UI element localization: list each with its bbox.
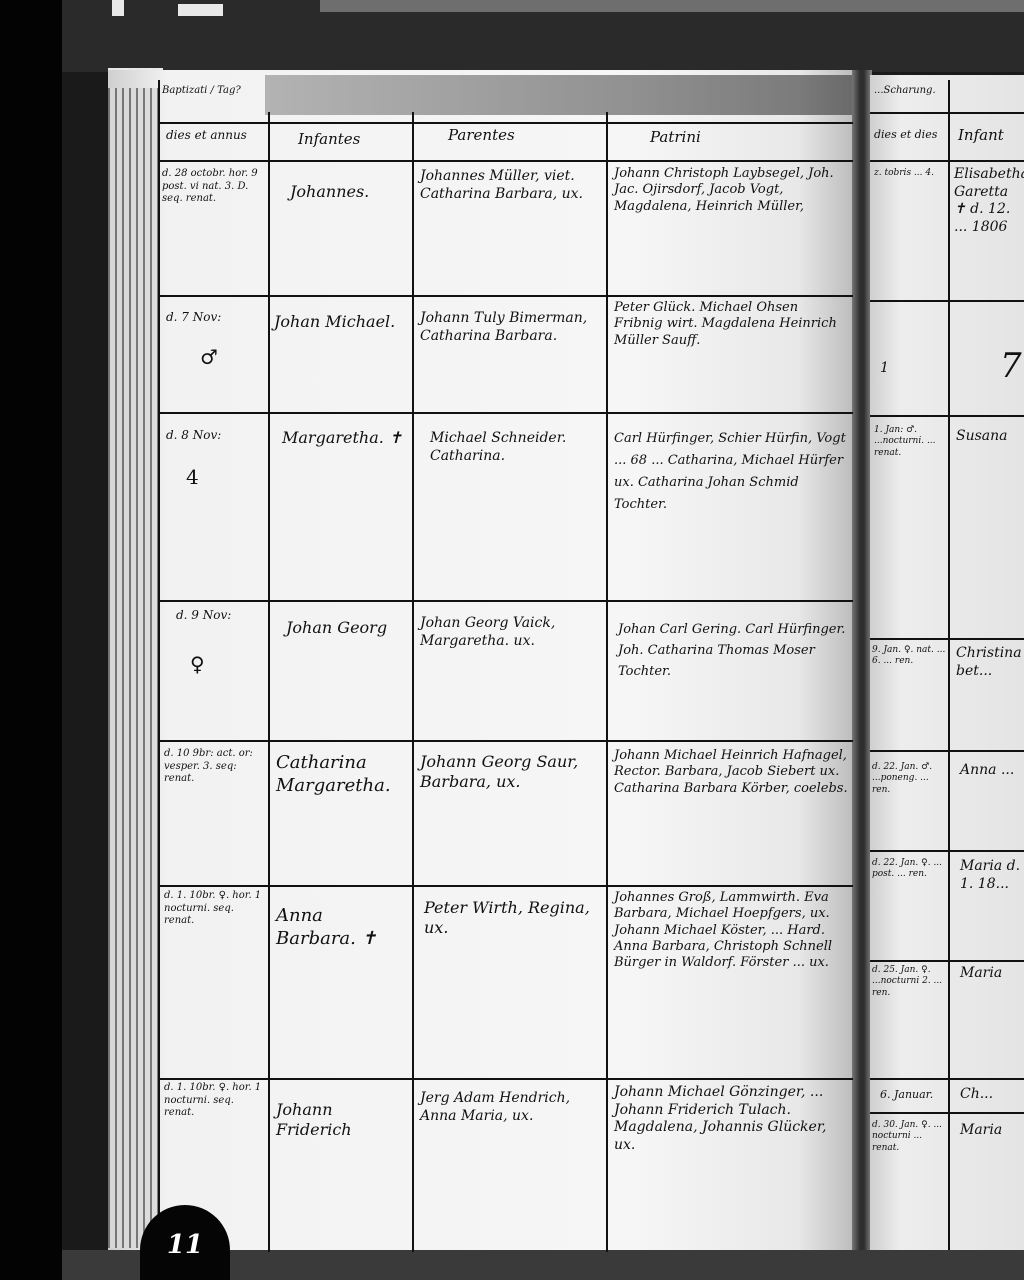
row-rule <box>870 112 1024 114</box>
right-entry-infant: Susana <box>956 428 1024 446</box>
entry-infant: Johan Michael. <box>274 312 408 332</box>
row-rule <box>870 300 1024 302</box>
header-godparents: Patrini <box>650 128 850 147</box>
entry-parents: Peter Wirth, Regina, ux. <box>424 898 602 938</box>
right-entry-date: 1 <box>880 360 889 378</box>
entry-date: d. 28 octobr. hor. 9 post. vi nat. 3. D.… <box>162 168 266 206</box>
right-entry-date: d. 22. Jan. ♂. ...poneng. ... ren. <box>872 762 946 796</box>
row-rule <box>870 1078 1024 1080</box>
entry-godparents: Johann Michael Heinrich Hafnagel, Rector… <box>614 748 850 797</box>
right-entry-infant: Elisabetha Garetta ✝ d. 12. ... 1806 <box>954 166 1024 236</box>
entry-infant: Margaretha. ✝ <box>282 428 408 448</box>
row-rule <box>870 1112 1024 1114</box>
row-rule <box>870 638 1024 640</box>
column-rule <box>606 112 608 1252</box>
sex-symbol: 4 <box>186 465 199 490</box>
right-entry-infant: 7 <box>1000 345 1022 388</box>
right-entry-date: d. 30. Jan. ♀. ... nocturni ... renat. <box>872 1120 946 1154</box>
entry-date: d. 9 Nov: <box>176 608 266 623</box>
entry-parents: Jerg Adam Hendrich, Anna Maria, ux. <box>420 1090 602 1125</box>
row-rule <box>870 960 1024 962</box>
top-strip <box>320 0 1024 12</box>
column-rule <box>948 80 950 1250</box>
right-entry-infant: Christina bet... <box>956 645 1024 680</box>
entry-infant: Johan Georg <box>286 618 408 638</box>
header-parents: Parentes <box>448 126 598 145</box>
entry-date: d. 10 9br: act. or: vesper. 3. seq: rena… <box>164 748 266 786</box>
column-rule <box>268 112 270 1252</box>
entry-infant: Johann Friderich <box>276 1100 408 1140</box>
right-entry-infant: Anna ... <box>960 762 1024 780</box>
entry-godparents: Johannes Groß, Lammwirth. Eva Barbara, M… <box>614 890 850 971</box>
entry-godparents: Johann Christoph Laybsegel, Joh. Jac. Oj… <box>614 166 850 215</box>
row-rule <box>870 415 1024 417</box>
entry-parents: Johann Tuly Bimerman, Catharina Barbara. <box>420 310 602 345</box>
row-rule <box>158 160 853 162</box>
entry-date: d. 7 Nov: <box>166 310 266 325</box>
entry-godparents: Johann Michael Gönzinger, ... Johann Fri… <box>614 1084 850 1154</box>
column-rule <box>412 112 414 1252</box>
row-rule <box>158 885 853 887</box>
row-rule <box>158 295 853 297</box>
sex-symbol: ♂ <box>200 345 218 370</box>
header-date: dies et annus <box>166 128 266 143</box>
right-entry-date: 1. Jan: ♂. ...nocturni. ... renat. <box>874 425 946 459</box>
right-entry-date: d. 22. Jan. ♀. ... post. ... ren. <box>872 858 946 881</box>
entry-godparents: Carl Hürfinger, Schier Hürfin, Vogt ... … <box>614 428 850 516</box>
right-entry-infant: Ch... <box>960 1086 1024 1104</box>
right-entry-infant: Maria <box>960 965 1024 983</box>
paper-scrap <box>112 0 124 16</box>
entry-godparents: Peter Glück. Michael Ohsen Fribnig wirt.… <box>614 300 850 349</box>
row-rule <box>158 412 853 414</box>
row-rule <box>158 740 853 742</box>
header-stain <box>265 75 855 115</box>
header-top-label: Baptizati / Tag? <box>162 85 262 98</box>
entry-infant: Catharina Margaretha. <box>276 752 408 797</box>
row-rule <box>158 600 853 602</box>
entry-godparents: Johan Carl Gering. Carl Hürfinger. Joh. … <box>618 620 850 682</box>
right-entry-date: 9. Jan. ♀. nat. ... 6. ... ren. <box>872 645 946 668</box>
page-edge-stack <box>108 88 158 1248</box>
entry-infant: Johannes. <box>290 182 408 202</box>
header-infant: Infantes <box>298 130 408 149</box>
entry-parents: Johann Georg Saur, Barbara, ux. <box>420 752 602 792</box>
row-rule <box>870 160 1024 162</box>
entry-date: d. 8 Nov: <box>166 428 266 443</box>
row-rule <box>158 1078 853 1080</box>
entry-date: d. 1. 10br. ♀. hor. 1 nocturni. seq. ren… <box>164 1082 266 1120</box>
entry-date: d. 1. 10br. ♀. hor. 1 nocturni. seq. ren… <box>164 890 266 928</box>
right-entry-date: d. 25. Jan. ♀. ...nocturni 2. ... ren. <box>872 965 946 999</box>
sex-symbol: ♀ <box>190 652 205 677</box>
right-entry-date: z. tobris ... 4. <box>874 168 946 179</box>
entry-parents: Michael Schneider. Catharina. <box>430 430 602 465</box>
row-rule <box>870 750 1024 752</box>
entry-parents: Johannes Müller, viet. Catharina Barbara… <box>420 168 602 203</box>
entry-infant: Anna Barbara. ✝ <box>276 905 408 950</box>
row-rule <box>870 850 1024 852</box>
book-gutter <box>852 70 872 1255</box>
film-border-left <box>0 0 62 1280</box>
header-right-top-label: ...Scharung. <box>874 85 946 98</box>
paper-scrap <box>178 4 223 16</box>
right-entry-date: 6. Januar. <box>880 1088 946 1102</box>
header-right-date: dies et dies <box>874 128 946 142</box>
header-right-infant: Infant <box>958 126 1024 145</box>
entry-parents: Johan Georg Vaick, Margaretha. ux. <box>420 615 602 650</box>
right-entry-infant: Maria <box>960 1122 1024 1140</box>
row-rule <box>158 122 853 124</box>
right-entry-infant: Maria d. 1. 18... <box>960 858 1024 893</box>
